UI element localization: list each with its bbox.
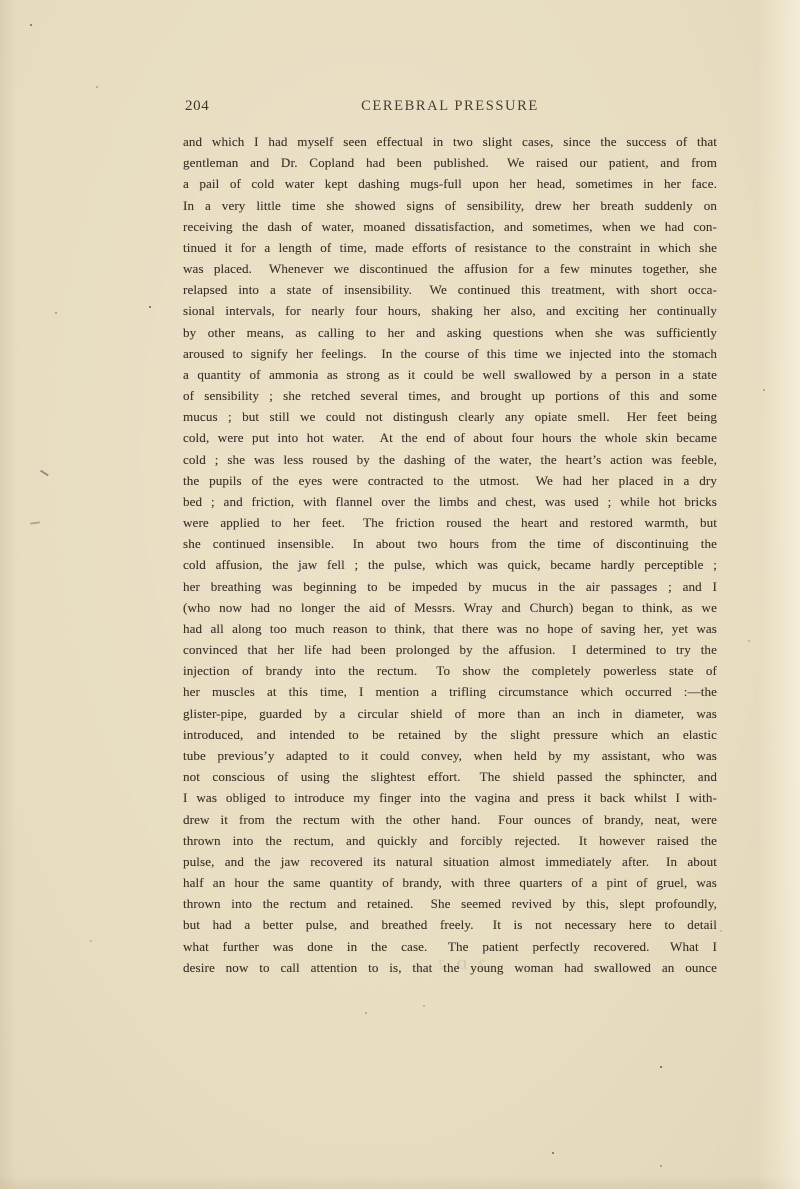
text-line: tube previous’y adapted to it could conv… [183, 745, 717, 766]
text-line: a quantity of ammonia as strong as it co… [183, 364, 717, 385]
paper-specks [0, 0, 2, 2]
pencil-mark [30, 521, 40, 524]
text-line: desire now to call attention to is, that… [183, 957, 717, 978]
text-line: a pail of cold water kept dashing mugs-f… [183, 173, 717, 194]
text-line: tinued it for a length of time, made eff… [183, 237, 717, 258]
text-line: aroused to signify her feelings. In the … [183, 343, 717, 364]
text-line: cold ; she was less roused by the dashin… [183, 449, 717, 470]
page-number: 204 [185, 98, 209, 115]
text-line: pulse, and the jaw recovered its natural… [183, 851, 717, 872]
text-line: gentleman and Dr. Copland had been publi… [183, 152, 717, 173]
text-line: drew it from the rectum with the other h… [183, 809, 717, 830]
text-line: glister-pipe, guarded by a circular shie… [183, 703, 717, 724]
text-line: thrown into the rectum and retained. She… [183, 893, 717, 914]
text-line: (who now had no longer the aid of Messrs… [183, 597, 717, 618]
text-line: was placed. Whenever we discontinued the… [183, 258, 717, 279]
text-line: In a very little time she showed signs o… [183, 195, 717, 216]
text-line: mucus ; but still we could not distingus… [183, 406, 717, 427]
book-page: 204 CEREBRAL PRESSURE 2 D 2 and which I … [0, 0, 800, 1189]
body-text: and which I had myself seen effectual in… [183, 131, 717, 978]
text-line: I was obliged to introduce my finger int… [183, 787, 717, 808]
text-line: but had a better pulse, and breathed fre… [183, 914, 717, 935]
text-line: injection of brandy into the rectum. To … [183, 660, 717, 681]
running-title: CEREBRAL PRESSURE [183, 98, 717, 115]
text-line: she continued insensible. In about two h… [183, 533, 717, 554]
text-line: were applied to her feet. The friction r… [183, 512, 717, 533]
text-line: had all along too much reason to think, … [183, 618, 717, 639]
text-line: receiving the dash of water, moaned diss… [183, 216, 717, 237]
text-line: of sensibility ; she retched several tim… [183, 385, 717, 406]
text-line: introduced, and intended to be retained … [183, 724, 717, 745]
text-line: not conscious of using the slightest eff… [183, 766, 717, 787]
text-line: by other means, as calling to her and as… [183, 322, 717, 343]
text-line: thrown into the rectum, and quickly and … [183, 830, 717, 851]
text-line: the pupils of the eyes were contracted t… [183, 470, 717, 491]
text-line: convinced that her life had been prolong… [183, 639, 717, 660]
text-line: bed ; and friction, with flannel over th… [183, 491, 717, 512]
text-line: her breathing was beginning to be impede… [183, 576, 717, 597]
text-line: and which I had myself seen effectual in… [183, 131, 717, 152]
text-line: cold affusion, the jaw fell ; the pulse,… [183, 554, 717, 575]
pencil-mark [40, 470, 48, 476]
text-line: her muscles at this time, I mention a tr… [183, 681, 717, 702]
text-line: what further was done in the case. The p… [183, 936, 717, 957]
text-line: cold, were put into hot water. At the en… [183, 427, 717, 448]
text-line: sional intervals, for nearly four hours,… [183, 300, 717, 321]
text-line: half an hour the same quantity of brandy… [183, 872, 717, 893]
page-header: 204 CEREBRAL PRESSURE [183, 98, 717, 116]
text-line: relapsed into a state of insensibility. … [183, 279, 717, 300]
